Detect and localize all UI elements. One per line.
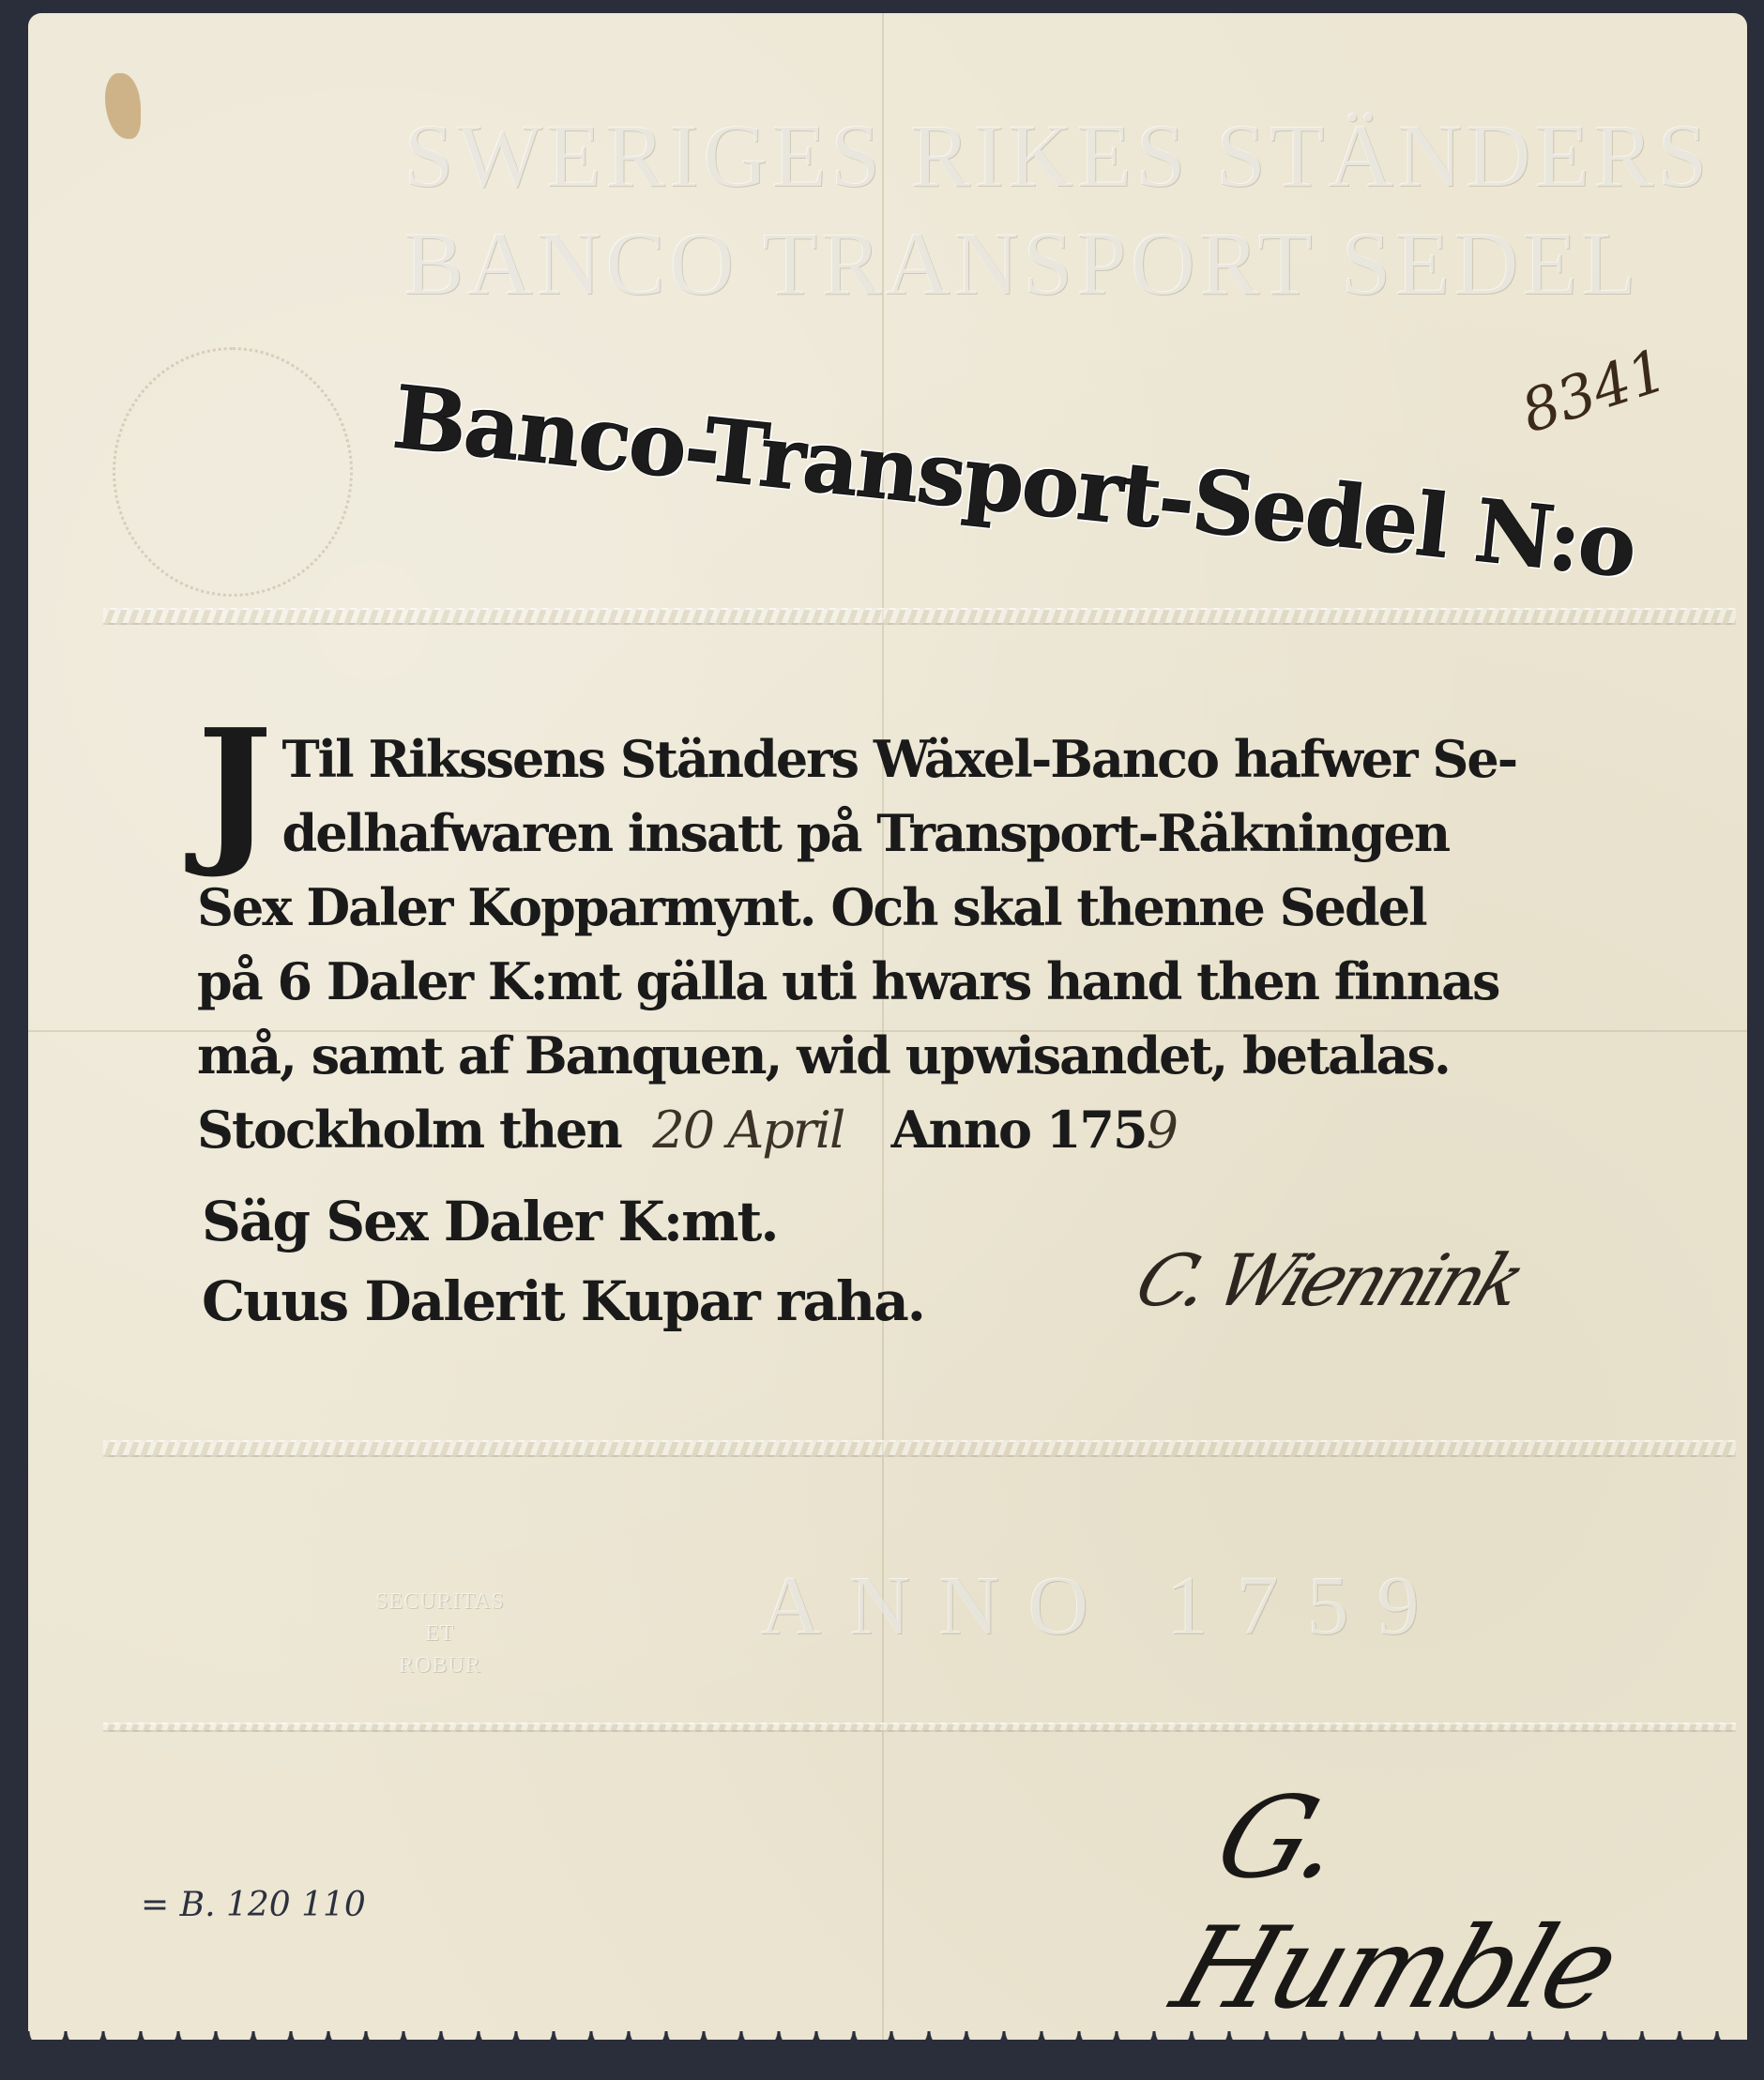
embossed-header-line2: BANCO TRANSPORT SEDEL bbox=[403, 211, 1640, 315]
amount-finnish: Cuus Dalerit Kupar raha. bbox=[202, 1262, 924, 1342]
date-line: Stockholm then 20 April Anno 1759 bbox=[197, 1093, 1558, 1167]
place-date-prefix: Stockholm then bbox=[197, 1100, 621, 1160]
pencil-note: = B. 120 110 bbox=[141, 1886, 366, 1924]
embossed-border-lower bbox=[103, 1723, 1736, 1732]
body-line: delhafwaren insatt på Transport-Räkninge… bbox=[197, 797, 1558, 871]
year-handwritten-digit: 9 bbox=[1147, 1101, 1177, 1160]
signature-first: C. Wiennink bbox=[1125, 1238, 1531, 1322]
amount-swedish: Säg Sex Daler K:mt. bbox=[202, 1182, 924, 1262]
amount-lines: Säg Sex Daler K:mt. Cuus Dalerit Kupar r… bbox=[202, 1182, 924, 1342]
motto-line: ROBUR bbox=[375, 1649, 505, 1681]
embossed-seal-icon bbox=[113, 347, 353, 597]
embossed-motto: SECURITAS ET ROBUR bbox=[375, 1586, 505, 1681]
signature-second: G. Humble bbox=[1159, 1773, 1764, 2034]
motto-line: SECURITAS bbox=[375, 1586, 505, 1617]
embossed-rope-border-bottom bbox=[103, 1440, 1736, 1457]
motto-line: ET bbox=[375, 1617, 505, 1649]
body-line: Til Rikssens Ständers Wäxel-Banco hafwer… bbox=[197, 722, 1558, 797]
body-line: på 6 Daler K:mt gälla uti hwars hand the… bbox=[197, 945, 1558, 1019]
embossed-rope-border-top bbox=[103, 608, 1736, 625]
year-label: Anno 175 bbox=[891, 1100, 1147, 1160]
handwritten-date: 20 April bbox=[652, 1101, 844, 1160]
drop-cap: J bbox=[197, 722, 270, 854]
body-line: Sex Daler Kopparmynt. Och skal thenne Se… bbox=[197, 871, 1558, 945]
embossed-header-line1: SWERIGES RIKES STÄNDERS bbox=[403, 103, 1711, 207]
note-body-text: J Til Rikssens Ständers Wäxel-Banco hafw… bbox=[197, 722, 1558, 1167]
body-line: må, samt af Banquen, wid upwisandet, bet… bbox=[197, 1019, 1558, 1093]
torn-bottom-edge bbox=[28, 2031, 1747, 2080]
embossed-year: ANNO 1759 bbox=[760, 1557, 1447, 1654]
